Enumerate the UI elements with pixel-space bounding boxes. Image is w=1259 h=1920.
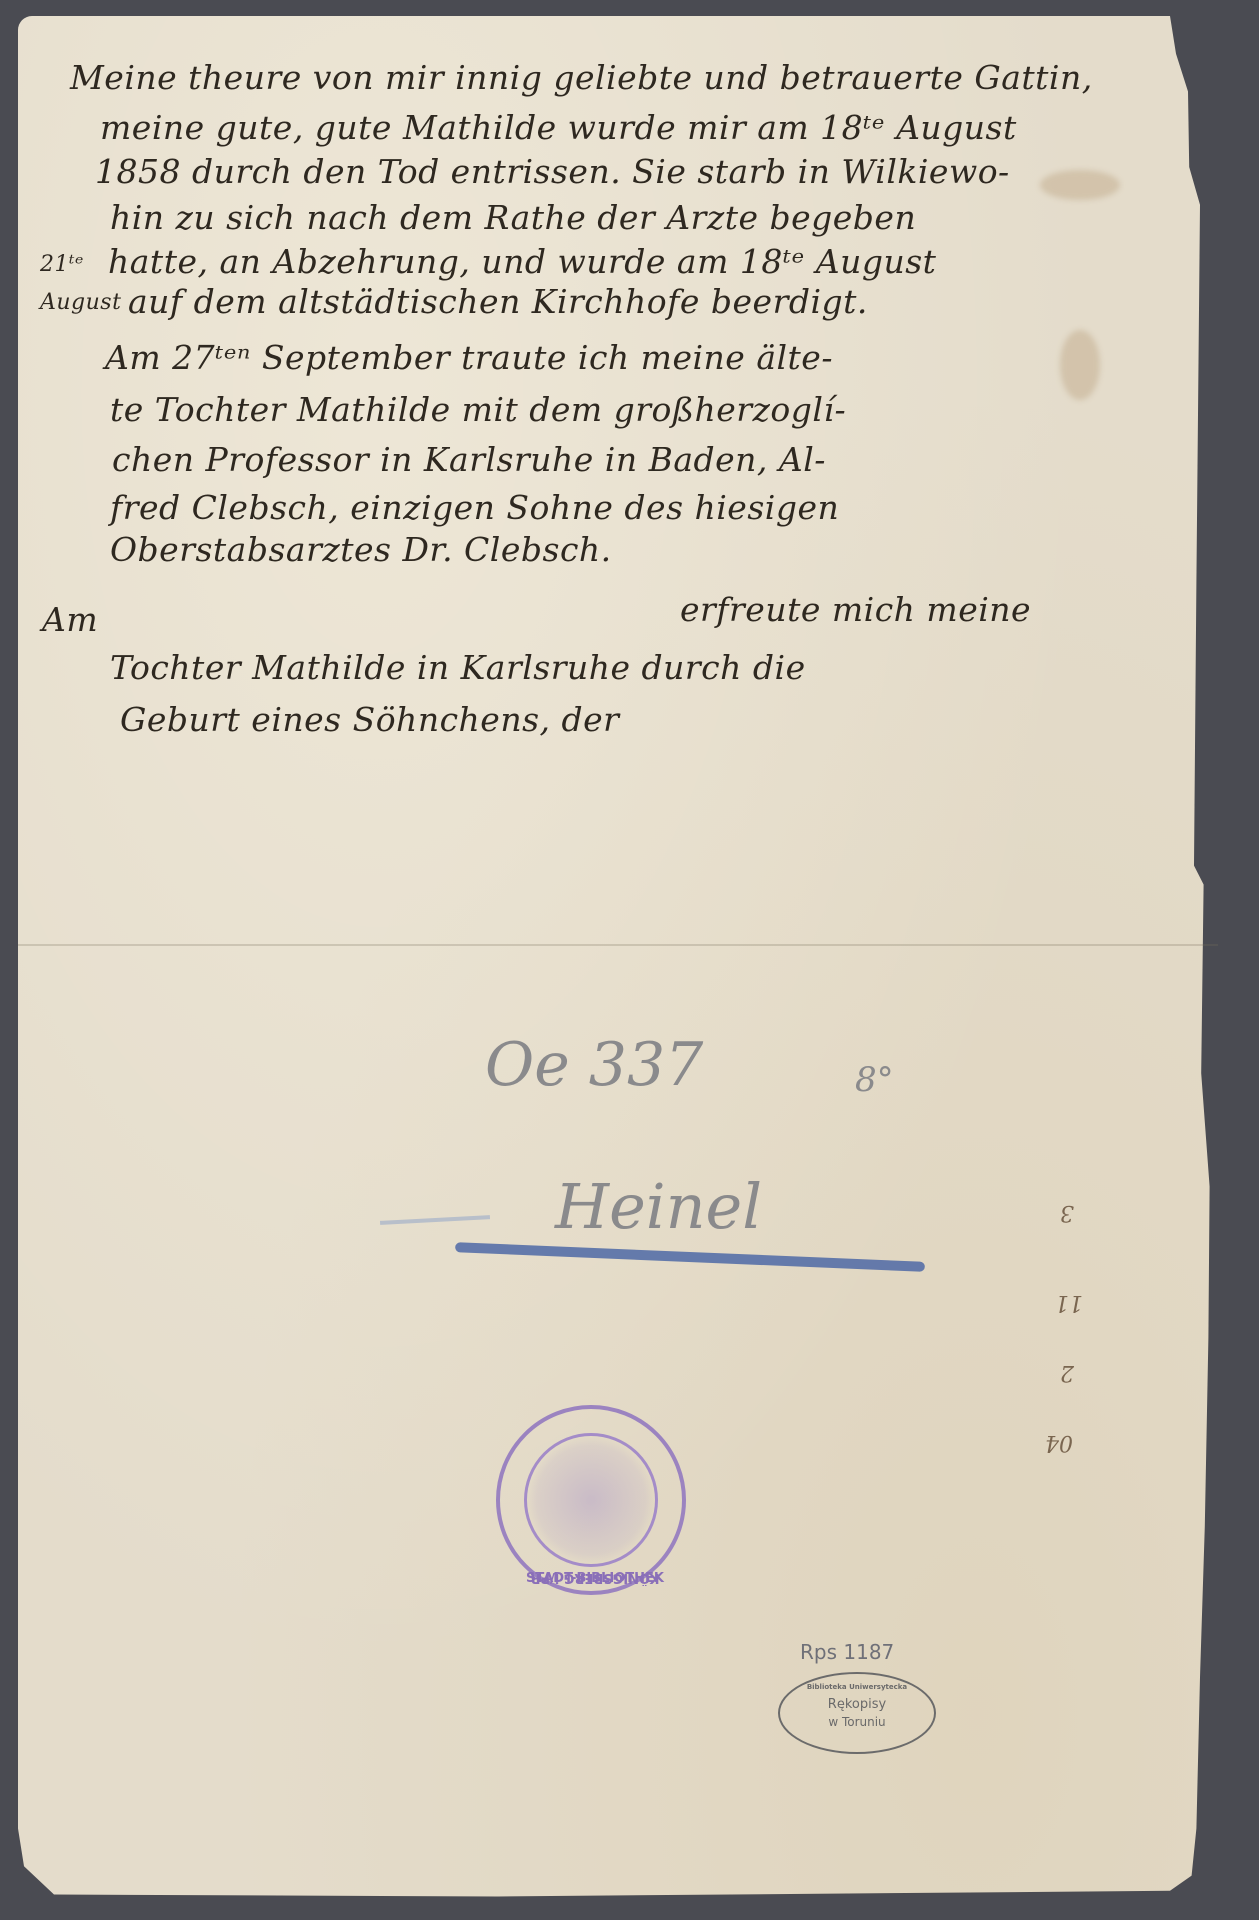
paper-fold-line [18,944,1218,946]
margin-mark: 04 [1045,1430,1073,1455]
manuscript-line-13: Tochter Mathilde in Karlsruhe durch die [110,648,806,687]
manuscript-line-3: 1858 durch den Tod entrissen. Sie starb … [95,152,1010,191]
library-stamp-oval: Biblioteka Uniwersytecka Rękopisy w Toru… [778,1672,936,1754]
manuscript-line-10: fred Clebsch, einzigen Sohne des hiesige… [110,488,839,527]
stamp-bottom-text: STADT-BIBLIOTHEK [520,1571,670,1586]
ink-stain [1060,330,1100,400]
pencil-name: Heinel [555,1170,762,1243]
manuscript-line-4: hin zu sich nach dem Rathe der Arzte beg… [110,198,916,237]
oval-stamp-line-2: Rękopisy [780,1697,934,1712]
margin-note-month: August [40,290,121,315]
margin-mark: 11 [1055,1290,1083,1315]
stamp-eagle-emblem [524,1433,658,1567]
library-stamp-round: KÖNIGSBERG i/PR STADT-BIBLIOTHEK [496,1405,686,1595]
margin-mark: 3 [1060,1200,1074,1225]
manuscript-line-2: meine gute, gute Mathilde wurde mir am 1… [100,108,1017,147]
manuscript-line-7: Am 27ᵗᵉⁿ September traute ich meine älte… [105,338,833,377]
pencil-format: 8° [855,1060,894,1100]
call-number: Rps 1187 [800,1640,894,1664]
pencil-shelfmark: Oe 337 [485,1030,703,1100]
manuscript-line-8: te Tochter Mathilde mit dem großherzoglí… [110,390,846,429]
margin-note-am: Am [42,600,98,639]
manuscript-line-1: Meine theure von mir innig geliebte und … [70,58,1093,97]
manuscript-line-11: Oberstabsarztes Dr. Clebsch. [110,530,612,569]
manuscript-line-14: Geburt eines Söhnchens, der [120,700,619,739]
oval-stamp-line-1: Biblioteka Uniwersytecka [780,1683,934,1691]
ink-stain [1040,170,1120,200]
manuscript-line-12: erfreute mich meine [680,590,1031,629]
margin-mark: 2 [1060,1360,1074,1385]
manuscript-line-6: auf dem altstädtischen Kirchhofe beerdig… [128,282,868,321]
margin-note-date: 21ᵗᵉ [40,252,84,277]
manuscript-line-9: chen Professor in Karlsruhe in Baden, Al… [112,440,826,479]
oval-stamp-line-3: w Toruniu [780,1715,934,1729]
manuscript-line-5: hatte, an Abzehrung, und wurde am 18ᵗᵉ A… [108,242,936,281]
